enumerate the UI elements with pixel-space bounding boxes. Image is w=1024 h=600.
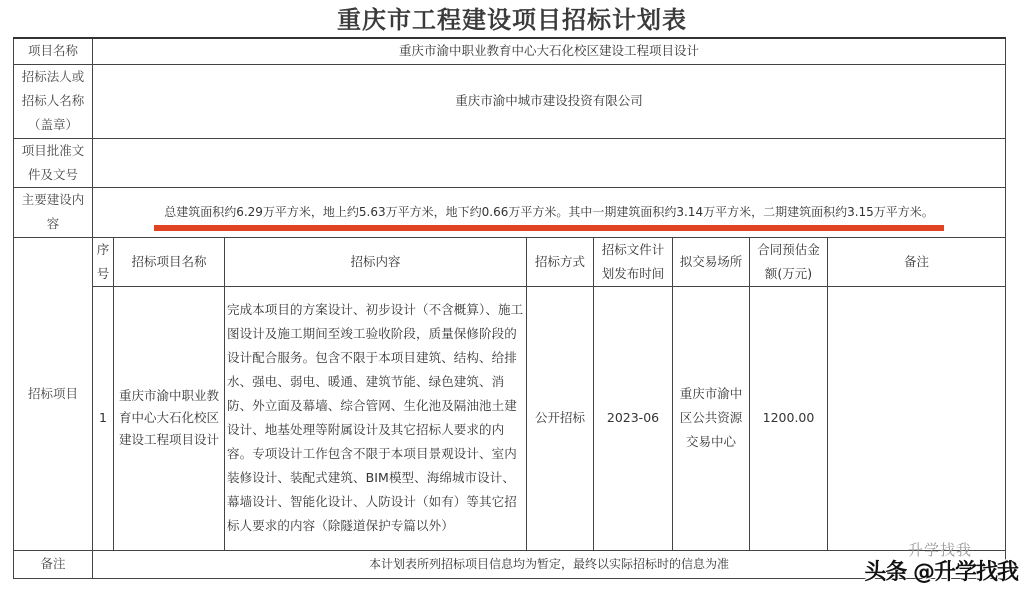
- tenderer-label-line2: 招标人名称: [14, 89, 92, 113]
- item-method: 公开招标: [527, 286, 594, 550]
- tender-items-header-row: 招标项目 序 号 招标项目名称 招标内容 招标方式 招标文件计 划发布时间 拟交…: [14, 237, 1006, 286]
- tenderer-label-line3: （盖章）: [14, 113, 92, 137]
- header-seq-line1: 序: [93, 238, 113, 262]
- approval-doc-label-line2: 件及文号: [14, 163, 92, 187]
- header-amount-line2: 额(万元): [750, 262, 827, 286]
- tenderer-value: 重庆市渝中城市建设投资有限公司: [93, 64, 1006, 138]
- header-publish-time-line1: 招标文件计: [594, 238, 672, 262]
- document-page: 重庆市工程建设项目招标计划表 项目名称 重庆市渝中职业教育中心大石化校区建设工程…: [0, 0, 1024, 600]
- tender-items-section-label: 招标项目: [14, 237, 93, 550]
- header-amount: 合同预估金 额(万元): [750, 237, 828, 286]
- item-seq: 1: [93, 286, 114, 550]
- row-main-content: 主要建设内 容 总建筑面积约6.29万平方米，地上约5.63万平方米，地下约0.…: [14, 187, 1006, 237]
- watermark: 头条 @升学找我: [864, 555, 1018, 586]
- item-remarks: [828, 286, 1006, 550]
- header-content: 招标内容: [225, 237, 527, 286]
- project-name-highlight: 重庆市渝中职业教育中心大石化校区建设工程项目设计: [399, 39, 699, 63]
- header-amount-line1: 合同预估金: [750, 238, 827, 262]
- item-content-text: 完成本项目的方案设计、初步设计（不含概算）、施工图设计及施工期间至竣工验收阶段，…: [225, 298, 526, 538]
- row-project-name: 项目名称 重庆市渝中职业教育中心大石化校区建设工程项目设计: [14, 38, 1006, 64]
- tenderer-label-line1: 招标法人或: [14, 65, 92, 89]
- item-amount: 1200.00: [750, 286, 828, 550]
- header-venue: 拟交易场所: [673, 237, 750, 286]
- item-name: 重庆市渝中职业教育中心大石化校区建设工程项目设计: [114, 286, 225, 550]
- tenderer-label: 招标法人或 招标人名称 （盖章）: [14, 64, 93, 138]
- header-remarks: 备注: [828, 237, 1006, 286]
- footer-remarks-label: 备注: [14, 550, 93, 578]
- header-method: 招标方式: [527, 237, 594, 286]
- project-name-cell: 重庆市渝中职业教育中心大石化校区建设工程项目设计: [93, 38, 1006, 64]
- main-content-highlight: 总建筑面积约6.29万平方米，地上约5.63万平方米，地下约0.66万平方米。其…: [164, 200, 934, 224]
- main-content-cell: 总建筑面积约6.29万平方米，地上约5.63万平方米，地下约0.66万平方米。其…: [93, 187, 1006, 237]
- table-row: 1 重庆市渝中职业教育中心大石化校区建设工程项目设计 完成本项目的方案设计、初步…: [14, 286, 1006, 550]
- item-venue-text: 重庆市渝中区公共资源交易中心: [680, 386, 743, 449]
- main-content-label-line1: 主要建设内: [14, 188, 92, 212]
- item-publish-time: 2023-06: [594, 286, 673, 550]
- approval-doc-value: [93, 138, 1006, 187]
- main-content-label-line2: 容: [14, 212, 92, 236]
- project-name-label: 项目名称: [14, 38, 93, 64]
- header-seq: 序 号: [93, 237, 114, 286]
- approval-doc-label-line1: 项目批准文: [14, 139, 92, 163]
- item-content: 完成本项目的方案设计、初步设计（不含概算）、施工图设计及施工期间至竣工验收阶段，…: [225, 286, 527, 550]
- tender-plan-table: 项目名称 重庆市渝中职业教育中心大石化校区建设工程项目设计 招标法人或 招标人名…: [13, 37, 1006, 579]
- approval-doc-label: 项目批准文 件及文号: [14, 138, 93, 187]
- red-underline-marker: [154, 225, 944, 231]
- main-content-value: 总建筑面积约6.29万平方米，地上约5.63万平方米，地下约0.66万平方米。其…: [164, 205, 934, 219]
- item-name-text: 重庆市渝中职业教育中心大石化校区建设工程项目设计: [119, 388, 219, 447]
- document-title: 重庆市工程建设项目招标计划表: [0, 4, 1024, 36]
- row-tenderer: 招标法人或 招标人名称 （盖章） 重庆市渝中城市建设投资有限公司: [14, 64, 1006, 138]
- header-publish-time-line2: 划发布时间: [594, 262, 672, 286]
- header-item-name: 招标项目名称: [114, 237, 225, 286]
- row-approval-doc: 项目批准文 件及文号: [14, 138, 1006, 187]
- main-content-label: 主要建设内 容: [14, 187, 93, 237]
- header-publish-time: 招标文件计 划发布时间: [594, 237, 673, 286]
- footer-remarks-row: 备注 本计划表所列招标项目信息均为暂定，最终以实际招标时的信息为准: [14, 550, 1006, 578]
- project-name-value: 重庆市渝中职业教育中心大石化校区建设工程项目设计: [399, 43, 699, 58]
- item-venue: 重庆市渝中区公共资源交易中心: [673, 286, 750, 550]
- header-seq-line2: 号: [93, 262, 113, 286]
